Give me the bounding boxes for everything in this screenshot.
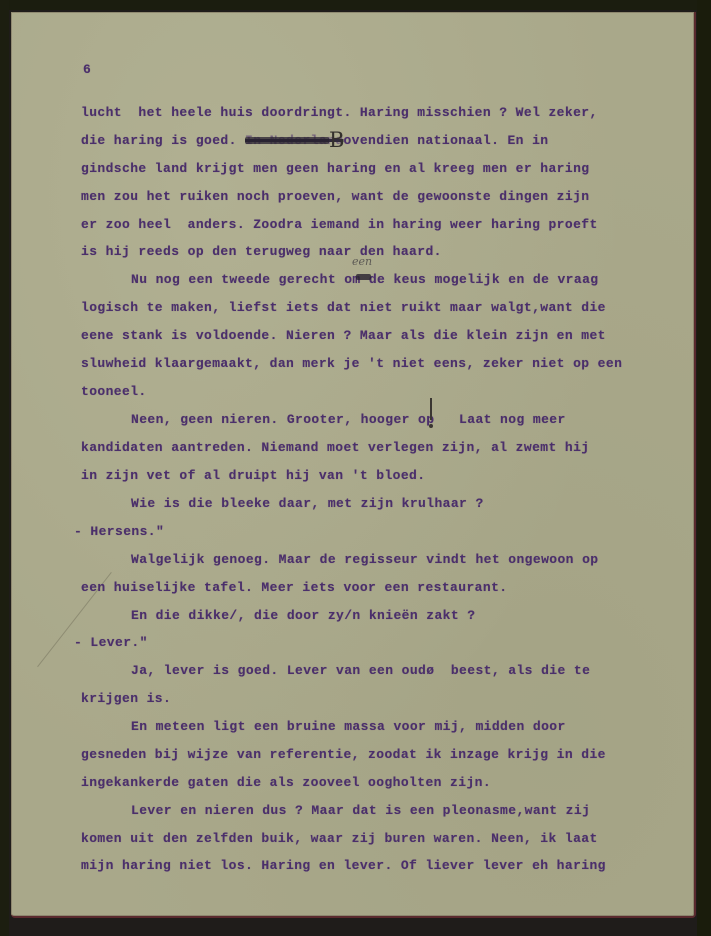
- text-line-17: Walgelijk genoeg. Maar de regisseur vind…: [131, 552, 598, 568]
- text-line-11: tooneel.: [81, 384, 147, 400]
- text-line-2-end: ovendien nationaal. En in: [343, 133, 548, 148]
- ink-strikethrough-de: [356, 274, 371, 280]
- text-line-16-dialogue: - Hersens.": [74, 524, 164, 540]
- struck-text-de: de: [369, 272, 385, 287]
- ink-strikethrough: [245, 137, 329, 144]
- scanner-border-right: [697, 0, 711, 936]
- text-line-25: ingekankerde gaten die als zooveel oogho…: [81, 775, 491, 791]
- handwritten-exclamation-dot: [429, 424, 433, 428]
- handwritten-insertion-een: een: [352, 255, 372, 268]
- text-line-7-end: keus mogelijk en de vraag: [385, 272, 598, 287]
- text-line-18: een huiselijke tafel. Meer iets voor een…: [81, 580, 507, 596]
- text-line-5: er zoo heel anders. Zoodra iemand in har…: [81, 217, 598, 233]
- text-line-14: in zijn vet of al druipt hij van 't bloe…: [81, 468, 425, 484]
- handwritten-exclamation-stroke: [430, 398, 432, 420]
- text-line-3: gindsche land krijgt men geen haring en …: [81, 161, 589, 177]
- text-line-9: eene stank is voldoende. Nieren ? Maar a…: [81, 328, 606, 344]
- text-line-8: logisch te maken, liefst iets dat niet r…: [81, 300, 606, 316]
- text-line-24: gesneden bij wijze van referentie, zooda…: [81, 747, 606, 763]
- text-line-19: En die dikke/, die door zy/n knieën zakt…: [131, 608, 475, 624]
- text-line-7-start: Nu nog een tweede gerecht om: [131, 272, 369, 287]
- text-line-23: En meteen ligt een bruine massa voor mij…: [131, 719, 566, 735]
- text-line-28: mijn haring niet los. Haring en lever. O…: [81, 858, 606, 874]
- text-line-10: sluwheid klaargemaakt, dan merk je 't ni…: [81, 356, 622, 372]
- handwritten-capital-b: B: [329, 128, 344, 152]
- text-line-15: Wie is die bleeke daar, met zijn krulhaa…: [131, 496, 484, 512]
- text-line-12: Neen, geen nieren. Grooter, hooger op La…: [131, 412, 566, 428]
- text-line-1: lucht het heele huis doordringt. Haring …: [81, 105, 598, 121]
- text-line-6: is hij reeds op den terugweg naar den ha…: [81, 244, 442, 260]
- text-line-20-dialogue: - Lever.": [74, 635, 148, 651]
- scanner-border-left: [0, 0, 9, 936]
- scanner-border-top: [0, 0, 711, 10]
- page-number: 6: [83, 62, 91, 78]
- text-line-2-start: die haring is goed.: [81, 133, 245, 148]
- text-line-27: komen uit den zelfden buik, waar zij bur…: [81, 831, 598, 847]
- text-line-22: krijgen is.: [81, 691, 171, 707]
- text-line-26: Lever en nieren dus ? Maar dat is een pl…: [131, 803, 590, 819]
- text-line-13: kandidaten aantreden. Niemand moet verle…: [81, 440, 589, 456]
- text-line-4: men zou het ruiken noch proeven, want de…: [81, 189, 589, 205]
- text-line-21: Ja, lever is goed. Lever van een oudø be…: [131, 663, 590, 679]
